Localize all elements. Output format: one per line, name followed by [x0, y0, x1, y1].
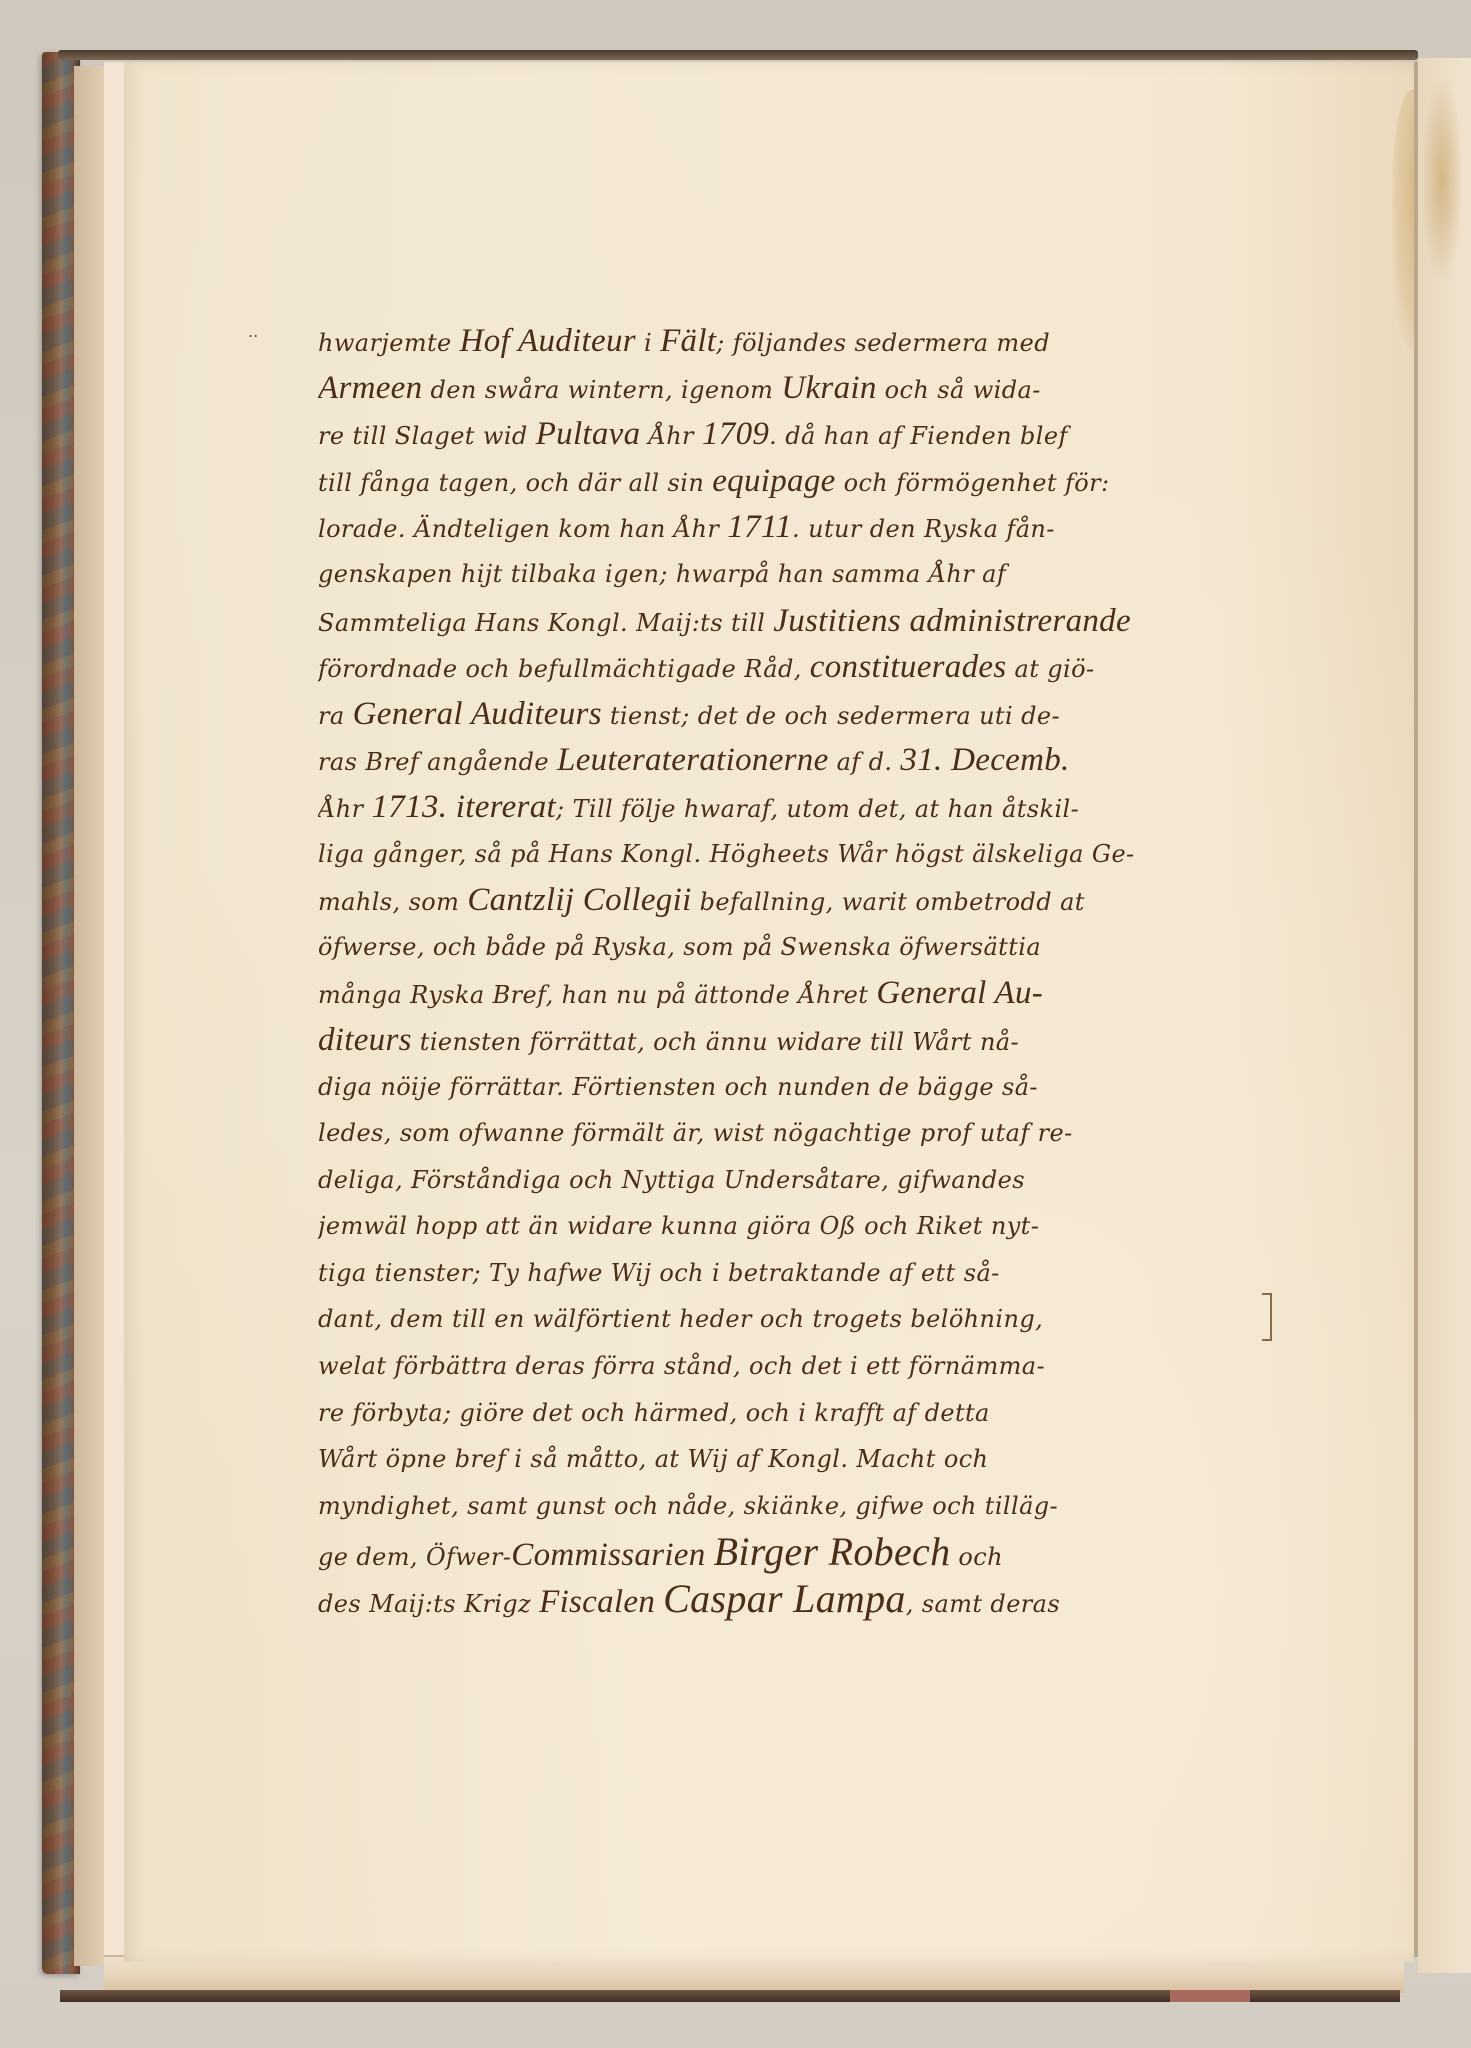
kurrent-script-text: . utur den Ryska fån-	[792, 515, 1055, 543]
kurrent-script-text: re förbyta; giöre det och härmed, och i …	[318, 1399, 990, 1427]
latin-script-word: Commissarien	[511, 1537, 705, 1573]
manuscript-line: ge dem, Öfwer-Commissarien Birger Robech…	[318, 1529, 1268, 1576]
manuscript-line: mahls, som Cantzlij Collegii befallning,…	[318, 877, 1268, 924]
kurrent-script-text: dant, dem till en wälförtient heder och …	[318, 1305, 1043, 1333]
kurrent-script-text: många Ryska Bref, han nu på ättonde Åhre…	[318, 981, 876, 1009]
manuscript-line: dant, dem till en wälförtient heder och …	[318, 1296, 1268, 1343]
kurrent-script-text	[706, 1543, 714, 1571]
latin-script-word: Leuteraterationerne	[557, 742, 829, 778]
kurrent-script-text: hwarjemte	[318, 329, 460, 357]
latin-script-word: equipage	[712, 463, 835, 499]
latin-script-word: diteurs	[318, 1022, 412, 1058]
latin-script-word: 1713. itererat	[372, 789, 556, 825]
facing-page-stain	[1422, 80, 1462, 280]
kurrent-script-text: ledes, som ofwanne förmält är, wist nöga…	[318, 1119, 1073, 1147]
kurrent-script-text: . då han af Fienden blef	[769, 422, 1068, 450]
kurrent-script-text: tiensten förrättat, och ännu widare till…	[412, 1028, 1019, 1056]
kurrent-script-text: liga gånger, så på Hans Kongl. Högheets …	[318, 840, 1135, 868]
latin-script-word: Armeen	[318, 370, 422, 406]
latin-script-word: Caspar Lampa	[663, 1576, 906, 1621]
kurrent-script-text: jemwäl hopp att än widare kunna giöra Oß…	[318, 1212, 1039, 1240]
kurrent-script-text: Åhr	[318, 795, 372, 823]
latin-script-word: Justitiens administrerande	[773, 603, 1131, 639]
latin-script-word: General Au-	[876, 975, 1043, 1011]
kurrent-script-text: , samt deras	[906, 1590, 1060, 1618]
manuscript-line: ledes, som ofwanne förmält är, wist nöga…	[318, 1110, 1268, 1157]
kurrent-script-text: mahls, som	[318, 888, 467, 916]
latin-script-word: Ukrain	[781, 370, 876, 406]
kurrent-script-text: Åhr	[640, 422, 702, 450]
kurrent-script-text: i	[636, 329, 660, 357]
kurrent-script-text: diga nöije förrättar. Förtiensten och nu…	[318, 1073, 1038, 1101]
latin-script-word: constituerades	[810, 649, 1007, 685]
latin-script-word: General Auditeurs	[353, 696, 602, 732]
manuscript-line: myndighet, samt gunst och nåde, skiänke,…	[318, 1483, 1268, 1530]
manuscript-line: deliga, Förståndiga och Nyttiga Undersåt…	[318, 1157, 1268, 1204]
kurrent-script-text: öfwerse, och både på Ryska, som på Swens…	[318, 933, 1041, 961]
kurrent-script-text: befallning, warit ombetrodd at	[692, 888, 1085, 916]
latin-script-word: 1709	[702, 416, 769, 452]
kurrent-script-text: och förmögenhet för:	[836, 469, 1110, 497]
latin-script-word: Birger Robech	[714, 1529, 951, 1574]
manuscript-line: re till Slaget wid Pultava Åhr 1709. då …	[318, 411, 1268, 458]
kurrent-script-text: des Maij:ts Krigz	[318, 1590, 539, 1618]
manuscript-line: genskapen hijt tilbaka igen; hwarpå han …	[318, 551, 1268, 598]
manuscript-line: Wårt öpne bref i så måtto, at Wij af Kon…	[318, 1436, 1268, 1483]
endpaper	[74, 66, 108, 1966]
kurrent-script-text: genskapen hijt tilbaka igen; hwarpå han …	[318, 560, 1006, 588]
latin-script-word: 1711	[727, 509, 792, 545]
manuscript-line: diteurs tiensten förrättat, och ännu wid…	[318, 1017, 1268, 1064]
latin-script-word: 31. Decemb.	[900, 742, 1069, 778]
kurrent-script-text: den swåra wintern, igenom	[422, 376, 781, 404]
book-bottom-edge	[60, 1990, 1400, 2002]
manuscript-line: öfwerse, och både på Ryska, som på Swens…	[318, 924, 1268, 971]
kurrent-script-text: ra	[318, 702, 353, 730]
manuscript-line: liga gånger, så på Hans Kongl. Högheets …	[318, 831, 1268, 878]
kurrent-script-text: myndighet, samt gunst och nåde, skiänke,…	[318, 1492, 1058, 1520]
manuscript-line: till fånga tagen, och där all sin equipa…	[318, 458, 1268, 505]
kurrent-script-text: ; följandes sedermera med	[716, 329, 1050, 357]
latin-script-word: Fält	[660, 323, 716, 359]
latin-script-word: Cantzlij Collegii	[467, 882, 691, 918]
manuscript-line: welat förbättra deras förra stånd, och d…	[318, 1343, 1268, 1390]
kurrent-script-text: tiga tienster; Ty hafwe Wij och i betrak…	[318, 1259, 1000, 1287]
book-top-edge	[58, 50, 1418, 60]
kurrent-script-text: ras Bref angående	[318, 748, 557, 776]
latin-script-word: Hof Auditeur	[460, 323, 636, 359]
kurrent-script-text: at giö-	[1006, 655, 1094, 683]
kurrent-script-text: Sammteliga Hans Kongl. Maij:ts till	[318, 609, 773, 637]
manuscript-line: tiga tienster; Ty hafwe Wij och i betrak…	[318, 1250, 1268, 1297]
manuscript-line: re förbyta; giöre det och härmed, och i …	[318, 1390, 1268, 1437]
margin-mark: ..	[248, 322, 258, 341]
kurrent-script-text: welat förbättra deras förra stånd, och d…	[318, 1352, 1045, 1380]
kurrent-script-text: tienst; det de och sedermera uti de-	[602, 702, 1060, 730]
kurrent-script-text: re till Slaget wid	[318, 422, 536, 450]
manuscript-line: många Ryska Bref, han nu på ättonde Åhre…	[318, 970, 1268, 1017]
manuscript-line: Sammteliga Hans Kongl. Maij:ts till Just…	[318, 598, 1268, 645]
kurrent-script-text: förordnade och befullmächtigade Råd,	[318, 655, 810, 683]
kurrent-script-text: till fånga tagen, och där all sin	[318, 469, 712, 497]
manuscript-line: lorade. Ändteligen kom han Åhr 1711. utu…	[318, 504, 1268, 551]
kurrent-script-text: och så wida-	[877, 376, 1041, 404]
kurrent-script-text	[655, 1590, 663, 1618]
manuscript-line: förordnade och befullmächtigade Råd, con…	[318, 644, 1268, 691]
manuscript-line: ras Bref angående Leuteraterationerne af…	[318, 737, 1268, 784]
kurrent-script-text: Wårt öpne bref i så måtto, at Wij af Kon…	[318, 1445, 988, 1473]
latin-script-word: Fiscalen	[539, 1584, 655, 1620]
handwritten-text-block: hwarjemte Hof Auditeur i Fält; följandes…	[318, 318, 1268, 1623]
kurrent-script-text: deliga, Förståndiga och Nyttiga Undersåt…	[318, 1166, 1025, 1194]
kurrent-script-text: af d.	[829, 748, 901, 776]
marbled-cover-fragment	[1170, 1990, 1250, 2002]
kurrent-script-text: och	[950, 1543, 1003, 1571]
manuscript-line: diga nöije förrättar. Förtiensten och nu…	[318, 1064, 1268, 1111]
manuscript-line: hwarjemte Hof Auditeur i Fält; följandes…	[318, 318, 1268, 365]
manuscript-line: des Maij:ts Krigz Fiscalen Caspar Lampa,…	[318, 1576, 1268, 1623]
manuscript-line: Åhr 1713. itererat; Till följe hwaraf, u…	[318, 784, 1268, 831]
manuscript-line: Armeen den swåra wintern, igenom Ukrain …	[318, 365, 1268, 412]
manuscript-line: jemwäl hopp att än widare kunna giöra Oß…	[318, 1203, 1268, 1250]
latin-script-word: Pultava	[536, 416, 641, 452]
kurrent-script-text: ge dem, Öfwer-	[318, 1543, 511, 1571]
kurrent-script-text: ; Till följe hwaraf, utom det, at han åt…	[556, 795, 1079, 823]
facing-page	[1418, 58, 1471, 1973]
manuscript-line: ra General Auditeurs tienst; det de och …	[318, 691, 1268, 738]
kurrent-script-text: lorade. Ändteligen kom han Åhr	[318, 515, 727, 543]
